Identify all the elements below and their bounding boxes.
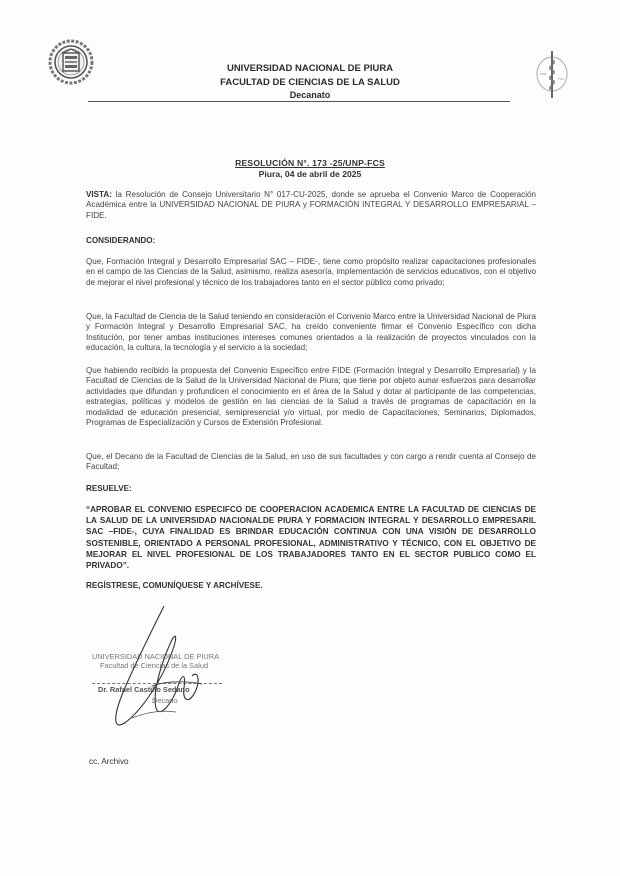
vista-paragraph: VISTA: la Resolución de Consejo Universi… xyxy=(86,190,536,221)
resolution-title: RESOLUCIÓN N°. 173 -25/UNP-FCS Piura, 04… xyxy=(180,158,440,180)
svg-text:FCS: FCS xyxy=(558,77,564,81)
place-date: Piura, 04 de abril de 2025 xyxy=(180,169,440,180)
closing-formula: REGÍSTRESE, COMUNÍQUESE Y ARCHÍVESE. xyxy=(86,581,536,591)
vista-label: VISTA: xyxy=(86,190,112,199)
resolution-number: RESOLUCIÓN N°. 173 -25/UNP-FCS xyxy=(180,158,440,169)
vista-text: la Resolución de Consejo Universitario N… xyxy=(86,190,536,220)
signature-block: UNIVERSIDAD NACIONAL DE PIURA Facultad d… xyxy=(92,640,292,730)
considerando-paragraph-2: Que, la Facultad de Ciencia de la Salud … xyxy=(86,312,536,354)
considerando-paragraph-1: Que, Formación Integral y Desarrollo Emp… xyxy=(86,257,536,288)
caduceus-health-icon: UNP FCS xyxy=(532,48,572,100)
copy-to: cc. Archivo xyxy=(89,757,129,766)
considerando-heading: CONSIDERANDO: xyxy=(86,236,536,246)
handwritten-signature-icon xyxy=(92,600,292,740)
university-seal-icon xyxy=(48,38,94,86)
svg-text:UNP: UNP xyxy=(540,72,546,76)
resuelve-heading: RESUELVE: xyxy=(86,484,536,494)
header-divider xyxy=(88,101,510,102)
considerando-paragraph-3: Que habiendo recibido la propuesta del C… xyxy=(86,366,536,428)
letterhead: UNIVERSIDAD NACIONAL DE PIURA FACULTAD D… xyxy=(150,62,470,103)
resuelve-text: “APROBAR EL CONVENIO ESPECIFCO DE COOPER… xyxy=(86,504,536,571)
considerando-paragraph-4: Que, el Decano de la Facultad de Ciencia… xyxy=(86,452,536,473)
faculty-name: FACULTAD DE CIENCIAS DE LA SALUD xyxy=(150,76,470,90)
document-page: UNP FCS UNIVERSIDAD NACIONAL DE PIURA FA… xyxy=(0,0,620,876)
university-name: UNIVERSIDAD NACIONAL DE PIURA xyxy=(150,62,470,76)
